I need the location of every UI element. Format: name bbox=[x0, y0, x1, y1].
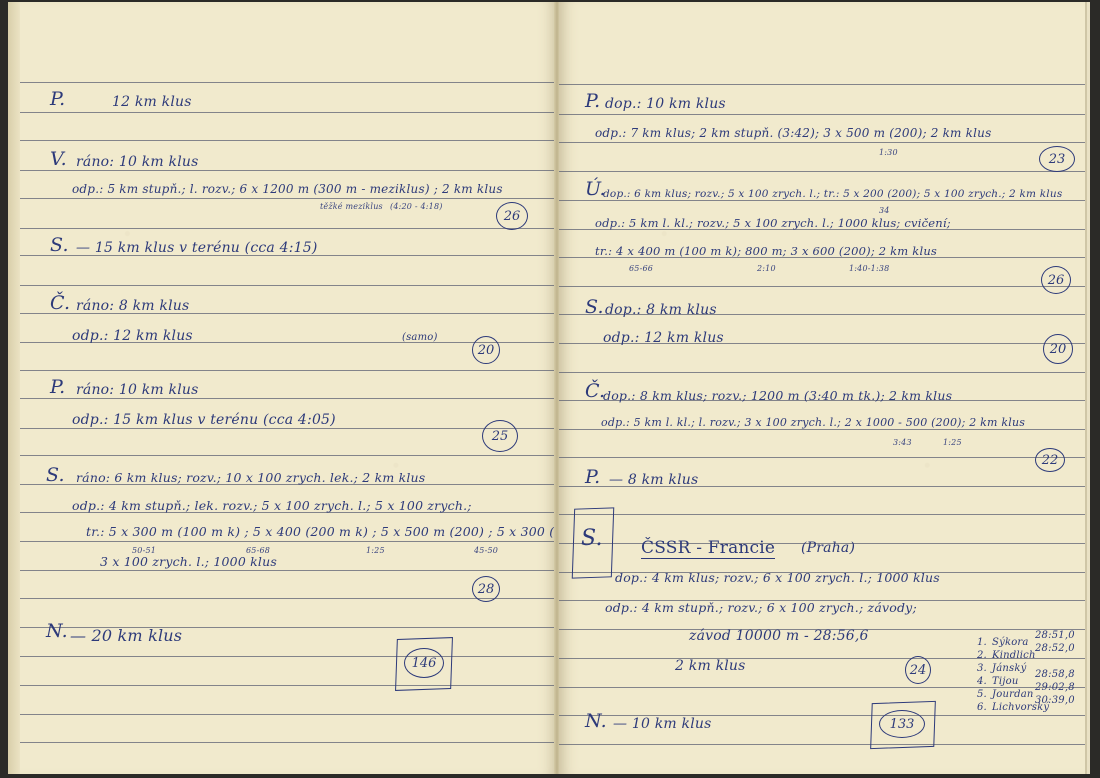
entry-line: 2 km klus bbox=[675, 658, 746, 674]
ruled-line bbox=[20, 198, 557, 199]
sub-note: těžké meziklus bbox=[320, 202, 383, 211]
ruled-line bbox=[559, 200, 1085, 201]
ruled-line bbox=[559, 429, 1085, 430]
interval-time: 1:40-1:38 bbox=[849, 264, 889, 273]
day-label: V. bbox=[50, 148, 67, 170]
entry-line: odp.: 5 km stupň.; l. rozv.; 6 x 1200 m … bbox=[72, 182, 503, 196]
entry-line: odp.: 5 km l. kl.; l. rozv.; 3 x 100 zry… bbox=[601, 416, 1025, 429]
ruled-line bbox=[559, 286, 1085, 287]
entry-line: dop.: 8 km klus; rozv.; 1200 m (3:40 m t… bbox=[603, 388, 952, 403]
entry-line: odp.: 12 km klus bbox=[603, 330, 724, 346]
entry-line: ráno: 10 km klus bbox=[76, 382, 199, 398]
weekly-total: 146 bbox=[404, 648, 444, 678]
daily-total: 26 bbox=[1041, 266, 1071, 294]
ruled-line bbox=[20, 82, 557, 83]
ruled-line bbox=[559, 514, 1085, 515]
ruled-line bbox=[20, 685, 557, 686]
entry-line: tr.: 4 x 400 m (100 m k); 800 m; 3 x 600… bbox=[595, 244, 937, 258]
entry-line: odp.: 7 km klus; 2 km stupň. (3:42); 3 x… bbox=[595, 126, 991, 140]
daily-total: 25 bbox=[482, 420, 518, 452]
race-location: (Praha) bbox=[801, 540, 855, 556]
ruled-line bbox=[20, 570, 557, 571]
entry-line: dop.: 6 km klus; rozv.; 5 x 100 zrych. l… bbox=[603, 188, 1062, 200]
entry-line: 12 km klus bbox=[112, 94, 192, 110]
daily-total: 20 bbox=[1043, 334, 1073, 364]
entry-line: 3 x 100 zrych. l.; 1000 klus bbox=[100, 554, 277, 569]
result-row: 6. Lichvorský 30:39,0 bbox=[977, 695, 1049, 714]
daily-total: 22 bbox=[1035, 448, 1065, 472]
ruled-line bbox=[559, 457, 1085, 458]
entry-line: tr.: 5 x 300 m (100 m k) ; 5 x 400 (200 … bbox=[86, 524, 592, 539]
ruled-line bbox=[20, 541, 557, 542]
race-result-line: závod 10000 m - 28:56,6 bbox=[689, 628, 869, 644]
entry-line: odp.: 5 km l. kl.; rozv.; 5 x 100 zrych.… bbox=[595, 216, 951, 230]
entry-line: ráno: 6 km klus; rozv.; 10 x 100 zrych. … bbox=[76, 470, 425, 485]
day-label: P. bbox=[50, 376, 65, 398]
note: (samo) bbox=[402, 332, 438, 343]
weekly-total: 133 bbox=[879, 710, 925, 738]
ruled-line bbox=[20, 112, 557, 113]
day-label: P. bbox=[585, 90, 600, 112]
entry-line: — 15 km klus v terénu (cca 4:15) bbox=[76, 240, 318, 256]
ruled-line bbox=[20, 398, 557, 399]
ruled-line bbox=[20, 370, 557, 371]
entry-line: dop.: 10 km klus bbox=[605, 96, 726, 112]
entry-line: — 20 km klus bbox=[70, 626, 182, 645]
ruled-line bbox=[20, 170, 557, 171]
interval-time: 2:10 bbox=[757, 264, 776, 273]
ruled-line bbox=[559, 142, 1085, 143]
entry-line: dop.: 4 km klus; rozv.; 6 x 100 zrych. l… bbox=[615, 570, 940, 585]
ruled-line bbox=[20, 228, 557, 229]
interval-time: 3:43 bbox=[893, 438, 912, 447]
day-label: S. bbox=[46, 464, 65, 486]
ruled-line bbox=[559, 171, 1085, 172]
entry-line: ráno: 10 km klus bbox=[76, 154, 199, 170]
ruled-line bbox=[20, 742, 557, 743]
ruled-line bbox=[20, 656, 557, 657]
day-label: S. bbox=[50, 234, 69, 256]
notebook-spread: P. 12 km klus V. ráno: 10 km klus odp.: … bbox=[8, 2, 1090, 774]
sub-note: (4:20 - 4:18) bbox=[390, 202, 443, 211]
ruled-line bbox=[559, 372, 1085, 373]
day-label: P. bbox=[50, 88, 65, 110]
entry-line: — 8 km klus bbox=[609, 472, 698, 488]
right-page: P. dop.: 10 km klus odp.: 7 km klus; 2 k… bbox=[559, 2, 1087, 774]
left-page: P. 12 km klus V. ráno: 10 km klus odp.: … bbox=[20, 2, 557, 774]
entry-line: odp.: 15 km klus v terénu (cca 4:05) bbox=[72, 412, 336, 428]
daily-total: 20 bbox=[472, 336, 500, 364]
ruled-line bbox=[20, 455, 557, 456]
daily-total: 26 bbox=[496, 202, 528, 230]
ruled-line bbox=[20, 285, 557, 286]
day-label: S. bbox=[585, 296, 604, 318]
ruled-line bbox=[20, 428, 557, 429]
ruled-line bbox=[20, 714, 557, 715]
entry-line: ráno: 8 km klus bbox=[76, 298, 189, 314]
entry-line: odp.: 4 km stupň.; rozv.; 6 x 100 zrych.… bbox=[605, 600, 917, 615]
race-title: ČSSR - Francie bbox=[641, 538, 775, 559]
day-label: P. bbox=[585, 466, 600, 488]
daily-total: 24 bbox=[905, 656, 931, 684]
daily-total: 23 bbox=[1039, 146, 1075, 172]
interval-time: 1:25 bbox=[366, 546, 385, 555]
day-label: N. bbox=[585, 710, 607, 732]
ruled-line bbox=[559, 744, 1085, 745]
daily-total: 28 bbox=[472, 576, 500, 602]
entry-line: — 10 km klus bbox=[613, 716, 712, 732]
ruled-line bbox=[559, 114, 1085, 115]
entry-line: odp.: 4 km stupň.; lek. rozv.; 5 x 100 z… bbox=[72, 498, 472, 513]
interval-time: 45-50 bbox=[474, 546, 498, 555]
ruled-line bbox=[20, 140, 557, 141]
day-label: Č. bbox=[50, 292, 70, 314]
day-label: N. bbox=[46, 620, 68, 642]
interval-time: 34 bbox=[879, 206, 890, 215]
entry-line: dop.: 8 km klus bbox=[605, 302, 717, 318]
interval-time: 1:25 bbox=[943, 438, 962, 447]
race-day-marker: S. bbox=[581, 526, 603, 551]
interval-time: 1:30 bbox=[879, 148, 898, 157]
interval-time: 65-66 bbox=[629, 264, 653, 273]
ruled-line bbox=[559, 84, 1085, 85]
entry-line: odp.: 12 km klus bbox=[72, 328, 193, 344]
